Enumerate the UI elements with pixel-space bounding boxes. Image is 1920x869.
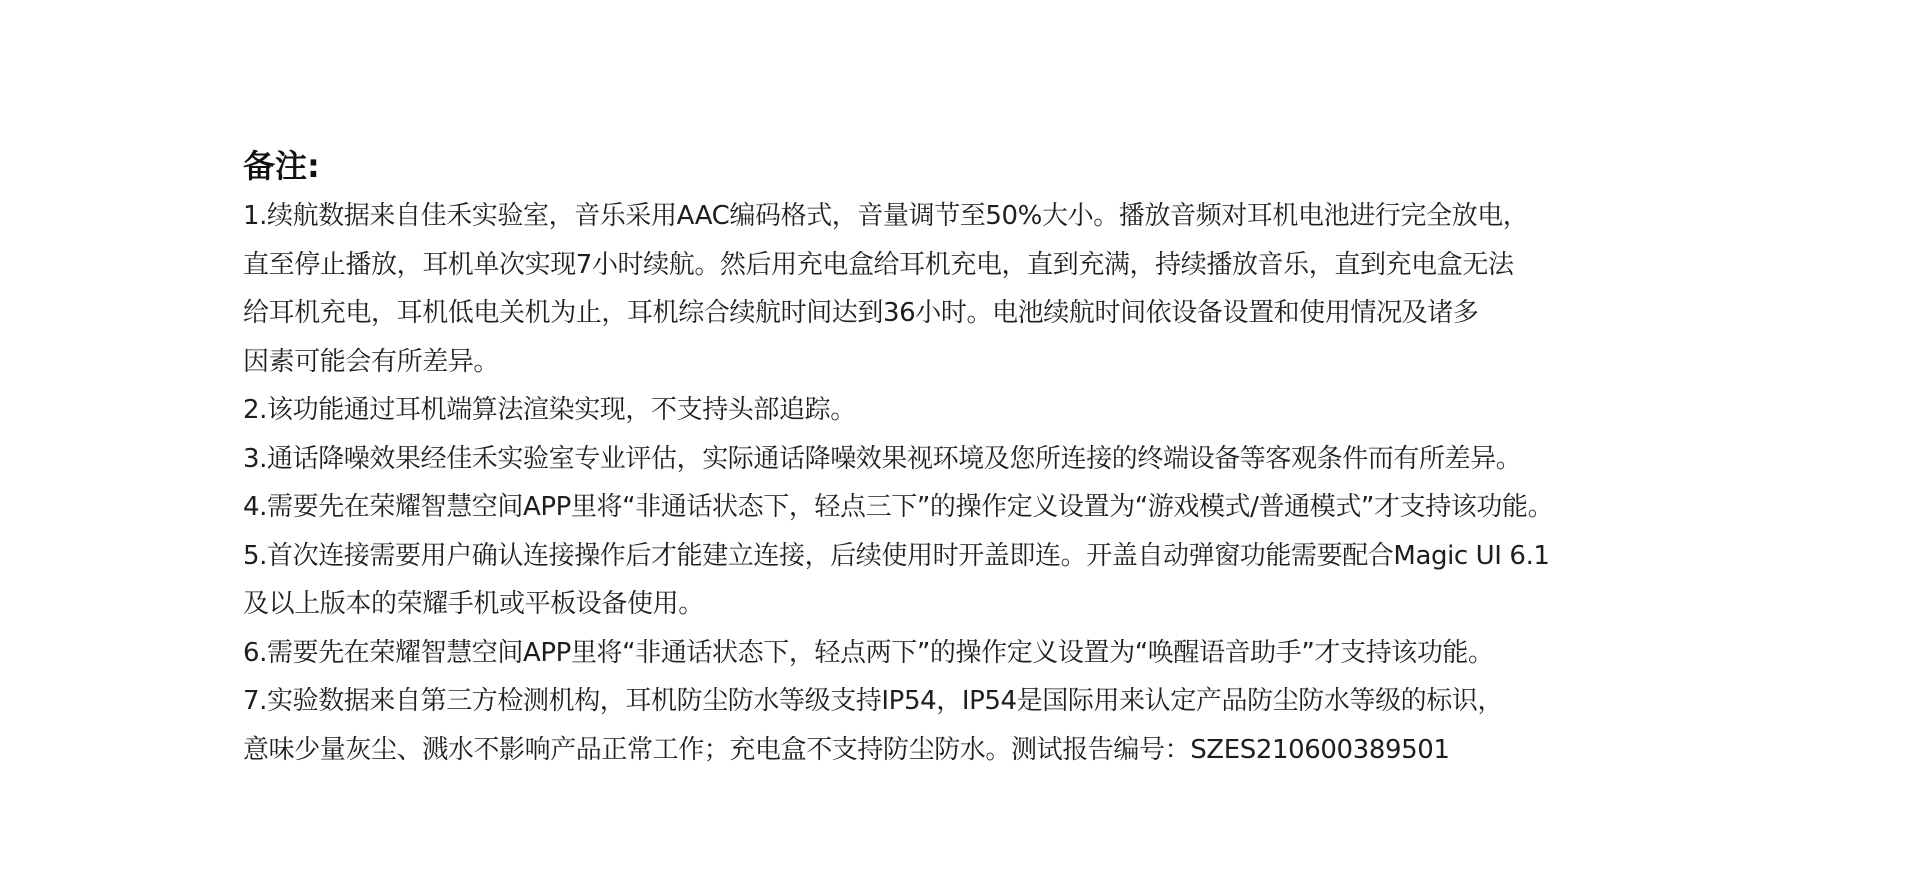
note-3: 3.通话降噪效果经佳禾实验室专业评估，实际通话降噪效果视环境及您所连接的终端设备… [243, 435, 1723, 484]
note-6: 6.需要先在荣耀智慧空间APP里将“非通话状态下，轻点两下”的操作定义设置为“唤… [243, 629, 1723, 678]
note-7-line-1: 7.实验数据来自第三方检测机构，耳机防尘防水等级支持IP54，IP54是国际用来… [243, 677, 1723, 726]
notes-title: 备注: [243, 142, 1723, 190]
note-5-line-1: 5.首次连接需要用户确认连接操作后才能建立连接，后续使用时开盖即连。开盖自动弹窗… [243, 532, 1723, 581]
note-1-line-4: 因素可能会有所差异。 [243, 338, 1723, 387]
note-4: 4.需要先在荣耀智慧空间APP里将“非通话状态下，轻点三下”的操作定义设置为“游… [243, 483, 1723, 532]
note-5-line-2: 及以上版本的荣耀手机或平板设备使用。 [243, 580, 1723, 629]
note-2: 2.该功能通过耳机端算法渲染实现，不支持头部追踪。 [243, 386, 1723, 435]
note-7-line-2: 意味少量灰尘、溅水不影响产品正常工作；充电盒不支持防尘防水。测试报告编号：SZE… [243, 726, 1723, 775]
note-1-line-3: 给耳机充电，耳机低电关机为止，耳机综合续航时间达到36小时。电池续航时间依设备设… [243, 289, 1723, 338]
note-1-line-2: 直至停止播放，耳机单次实现7小时续航。然后用充电盒给耳机充电，直到充满，持续播放… [243, 241, 1723, 290]
note-1-line-1: 1.续航数据来自佳禾实验室，音乐采用AAC编码格式，音量调节至50%大小。播放音… [243, 192, 1723, 241]
notes-section: 备注: 1.续航数据来自佳禾实验室，音乐采用AAC编码格式，音量调节至50%大小… [243, 142, 1723, 774]
